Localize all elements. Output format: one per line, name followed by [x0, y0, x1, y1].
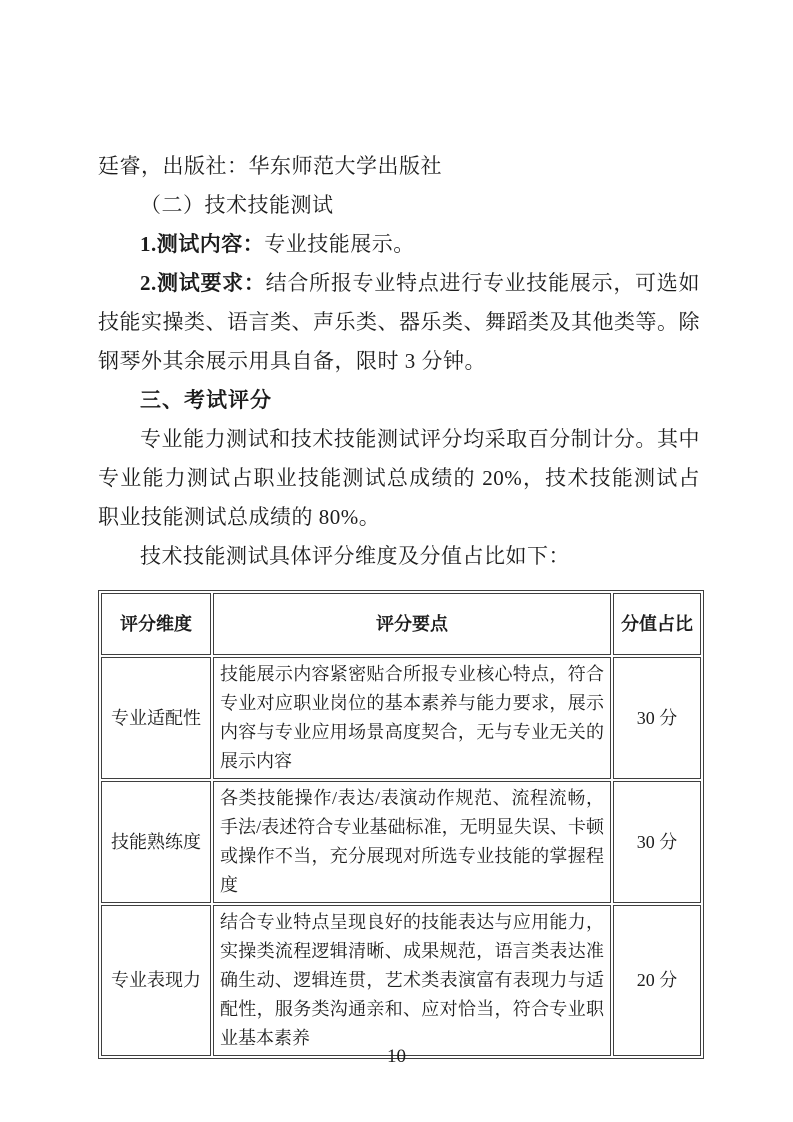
test-requirement-item: 2.测试要求：结合所报专业特点进行专业技能展示，可选如技能实操类、语言类、声乐类…	[98, 264, 700, 381]
header-score: 分值占比	[613, 593, 701, 655]
test-requirement-label: 2.测试要求：	[140, 271, 266, 295]
row-score: 20 分	[613, 905, 701, 1056]
page-number: 10	[0, 1046, 793, 1068]
test-content-text: 专业技能展示。	[264, 232, 415, 256]
table-row: 专业适配性 技能展示内容紧密贴合所报专业核心特点，符合专业对应职业岗位的基本素养…	[101, 657, 701, 779]
row-score: 30 分	[613, 781, 701, 903]
row-points: 技能展示内容紧密贴合所报专业核心特点，符合专业对应职业岗位的基本素养与能力要求，…	[213, 657, 611, 779]
row-dimension: 专业表现力	[101, 905, 211, 1056]
header-points: 评分要点	[213, 593, 611, 655]
section-subheading-skill-test: （二）技术技能测试	[98, 186, 700, 225]
table-row: 技能熟练度 各类技能操作/表达/表演动作规范、流程流畅，手法/表述符合专业基础标…	[101, 781, 701, 903]
table-row: 专业表现力 结合专业特点呈现良好的技能表达与应用能力，实操类流程逻辑清晰、成果规…	[101, 905, 701, 1056]
row-dimension: 技能熟练度	[101, 781, 211, 903]
row-dimension: 专业适配性	[101, 657, 211, 779]
row-points: 结合专业特点呈现良好的技能表达与应用能力，实操类流程逻辑清晰、成果规范，语言类表…	[213, 905, 611, 1056]
scoring-table: 评分维度 评分要点 分值占比 专业适配性 技能展示内容紧密贴合所报专业核心特点，…	[98, 590, 704, 1059]
table-intro: 技术技能测试具体评分维度及分值占比如下：	[98, 537, 700, 576]
table-header-row: 评分维度 评分要点 分值占比	[101, 593, 701, 655]
header-dimension: 评分维度	[101, 593, 211, 655]
test-content-label: 1.测试内容：	[140, 232, 264, 256]
document-page: 廷睿，出版社：华东师范大学出版社 （二）技术技能测试 1.测试内容：专业技能展示…	[0, 0, 793, 1122]
section-heading-exam-scoring: 三、考试评分	[98, 381, 700, 420]
row-score: 30 分	[613, 657, 701, 779]
row-points: 各类技能操作/表达/表演动作规范、流程流畅，手法/表述符合专业基础标准，无明显失…	[213, 781, 611, 903]
scoring-description: 专业能力测试和技术技能测试评分均采取百分制计分。其中专业能力测试占职业技能测试总…	[98, 420, 700, 537]
test-content-item: 1.测试内容：专业技能展示。	[98, 225, 700, 264]
publisher-line: 廷睿，出版社：华东师范大学出版社	[98, 147, 700, 186]
